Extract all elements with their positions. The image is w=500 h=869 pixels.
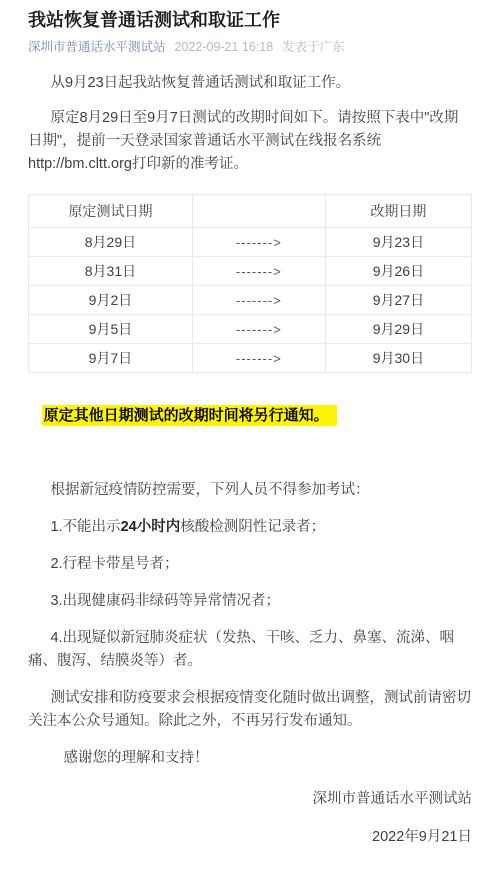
arrow-cell: -------> [192,227,325,256]
signature-date: 2022年9月21日 [28,827,472,849]
new-date-header: 改期日期 [325,194,471,227]
restriction-item-2: 2.行程卡带星号者； [28,553,472,576]
original-date-cell: 8月31日 [29,256,193,285]
paragraph-reschedule-info: 原定8月29日至9月7日测试的改期时间如下。请按照下表中"改期日期"，提前一天登… [28,107,472,176]
reschedule-table: 原定测试日期 改期日期 8月29日 -------> 9月23日 8月31日 -… [28,194,472,373]
new-date-cell: 9月29日 [325,314,471,343]
original-date-cell: 9月7日 [29,343,193,372]
paragraph-adjustment-notice: 测试安排和防疫要求会根据疫情变化随时做出调整，测试前请密切关注本公众号通知。除此… [28,687,472,733]
highlight-text: 原定其他日期测试的改期时间将另行通知。 [42,405,337,426]
restriction-item-1-bold: 24小时内 [121,519,181,535]
publish-location: 发表于广东 [282,39,345,56]
arrow-glyph: -------> [236,322,282,337]
paragraph-restrictions-intro: 根据新冠疫情防控需要，下列人员不得参加考试： [28,479,472,502]
arrow-cell: -------> [192,285,325,314]
paragraph-thanks: 感谢您的理解和支持！ [28,747,472,770]
reschedule-text-after-url: 打印新的准考证。 [132,156,248,172]
arrow-glyph: -------> [236,351,282,366]
registration-url: http://bm.cltt.org [28,156,132,172]
arrow-glyph: -------> [236,293,282,308]
restriction-item-4: 4.出现疑似新冠肺炎症状（发热、干咳、乏力、鼻塞、流涕、咽痛、腹泻、结膜炎等）者… [28,627,472,673]
original-date-cell: 8月29日 [29,227,193,256]
account-name-link[interactable]: 深圳市普通话水平测试站 [28,39,166,56]
restriction-item-1: 1.不能出示24小时内核酸检测阴性记录者； [28,516,472,539]
new-date-cell: 9月23日 [325,227,471,256]
original-date-header: 原定测试日期 [29,194,193,227]
new-date-cell: 9月30日 [325,343,471,372]
empty-header-cell [192,194,325,227]
table-row: 8月29日 -------> 9月23日 [29,227,472,256]
new-date-cell: 9月27日 [325,285,471,314]
table-row: 8月31日 -------> 9月26日 [29,256,472,285]
highlight-notice: 原定其他日期测试的改期时间将另行通知。 [28,405,472,427]
table-row: 9月5日 -------> 9月29日 [29,314,472,343]
paragraph-resume-notice: 从9月23日起我站恢复普通话测试和取证工作。 [28,72,472,95]
signature-name: 深圳市普通话水平测试站 [28,789,472,811]
original-date-cell: 9月2日 [29,285,193,314]
reschedule-text-before-url: 原定8月29日至9月7日测试的改期时间如下。请按照下表中"改期日期"，提前一天登… [28,110,458,149]
page-title: 我站恢复普通话测试和取证工作 [28,8,472,32]
original-date-cell: 9月5日 [29,314,193,343]
arrow-glyph: -------> [236,235,282,250]
restriction-item-1-prefix: 1.不能出示 [50,519,120,535]
restriction-item-1-suffix: 核酸检测阴性记录者； [180,519,325,535]
table-header-row: 原定测试日期 改期日期 [29,194,472,227]
article-page: 我站恢复普通话测试和取证工作 深圳市普通话水平测试站 2022-09-21 16… [0,0,500,869]
table-row: 9月7日 -------> 9月30日 [29,343,472,372]
restriction-item-3: 3.出现健康码非绿码等异常情况者； [28,590,472,613]
table-row: 9月2日 -------> 9月27日 [29,285,472,314]
new-date-cell: 9月26日 [325,256,471,285]
arrow-cell: -------> [192,343,325,372]
arrow-cell: -------> [192,314,325,343]
arrow-glyph: -------> [236,264,282,279]
publish-timestamp: 2022-09-21 16:18 [175,39,274,56]
arrow-cell: -------> [192,256,325,285]
article-meta: 深圳市普通话水平测试站 2022-09-21 16:18 发表于广东 [28,39,472,56]
